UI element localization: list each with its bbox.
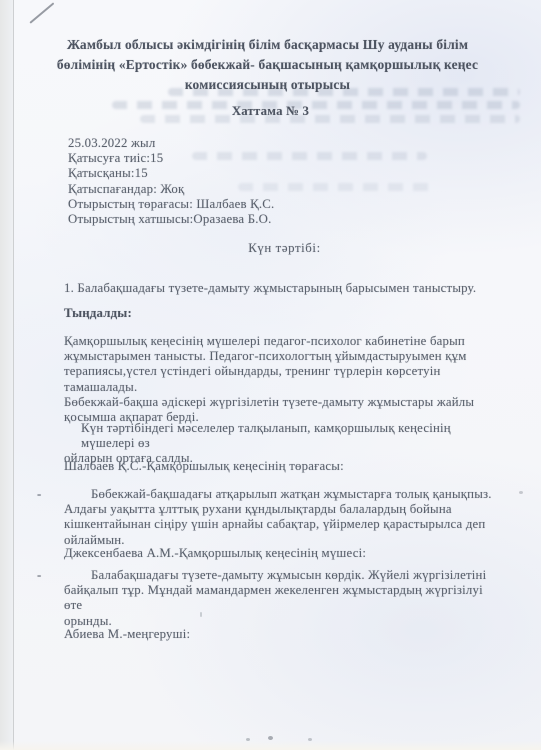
speaker-name-head: Абиева М.-меңгеруші: [64, 627, 190, 642]
statement-dash-marker: - [37, 568, 51, 583]
paragraph-line: Бөбекжай-бақша әдіскері жүргізілетін түз… [64, 395, 494, 410]
statement-dash-marker: - [37, 487, 51, 502]
agenda-heading: Күн тәртібі: [14, 241, 541, 256]
paragraph-line: Күн тәртібіндегі мәселелер талқыланып, к… [64, 421, 494, 451]
title-line: комиссиясының отырысы [22, 75, 513, 95]
meta-absent: Қатыспағандар: Жоқ [68, 182, 274, 197]
paragraph-line: жұмыстарымен танысты. Педагог-психологты… [64, 349, 494, 364]
statement-line: Бөбекжай-бақшадағы атқарылып жатқан жұмы… [64, 487, 494, 502]
paragraph-line: Қамқоршылық кеңесінің мүшелері педагог-п… [64, 334, 494, 349]
paragraph-inspection-report: Қамқоршылық кеңесінің мүшелері педагог-п… [64, 334, 494, 425]
scan-speck [268, 736, 273, 740]
speaker-statement-chairperson: Бөбекжай-бақшадағы атқарылып жатқан жұмы… [64, 487, 494, 548]
meta-expected-count: Қатысуға тиіс:15 [68, 151, 274, 166]
title-line: Жамбыл облысы әкімдігінің білім басқарма… [22, 35, 513, 55]
agenda-item: 1. Балабақшадағы түзете-дамыту жұмыстары… [64, 281, 476, 296]
meta-attended-count: Қатысқаны:15 [68, 166, 274, 181]
document-title: Жамбыл облысы әкімдігінің білім басқарма… [22, 35, 513, 95]
speaker-statement-member: Балабақшадағы түзете-дамыту жұмысын көрд… [64, 568, 494, 629]
statement-line: кішкентайынан сіңіру үшін арнайы сабақта… [64, 517, 494, 532]
pen-mark [29, 2, 54, 23]
speaker-name-member: Джексенбаева А.М.-Қамқоршылық кеңесінің … [64, 546, 366, 561]
meta-chairperson: Отырыстың төрағасы: Шалбаев Қ.С. [68, 197, 274, 212]
speaker-name-chairperson: Шалбаев Қ.С.-Қамқоршылық кеңесінің төрағ… [64, 459, 344, 474]
heard-heading: Тыңдалды: [64, 306, 132, 321]
scan-speck [246, 738, 250, 741]
scanned-document-page: Жамбыл облысы әкімдігінің білім басқарма… [0, 0, 541, 750]
title-line: бөлімінің «Ертостік» бөбекжай- бақшасыны… [22, 55, 513, 75]
statement-line: Алдағы уақытта ұлттық рухани құндылықтар… [64, 502, 494, 517]
meeting-meta-block: 25.03.2022 жыл Қатысуға тиіс:15 Қатысқан… [68, 136, 274, 227]
paragraph-line: терапиясы,үстел үстіндегі ойындарды, тре… [64, 364, 494, 394]
scan-speck [519, 491, 523, 494]
meta-secretary: Отырыстың хатшысы:Оразаева Б.О. [68, 212, 274, 227]
statement-line: Балабақшадағы түзете-дамыту жұмысын көрд… [64, 568, 494, 583]
meta-date: 25.03.2022 жыл [68, 136, 274, 151]
scan-speck [200, 612, 202, 617]
scan-speck [308, 738, 312, 741]
protocol-number: Хаттама № 3 [0, 104, 541, 119]
statement-line: байқалып тұр. Мұндай мамандармен жекелен… [64, 583, 494, 613]
